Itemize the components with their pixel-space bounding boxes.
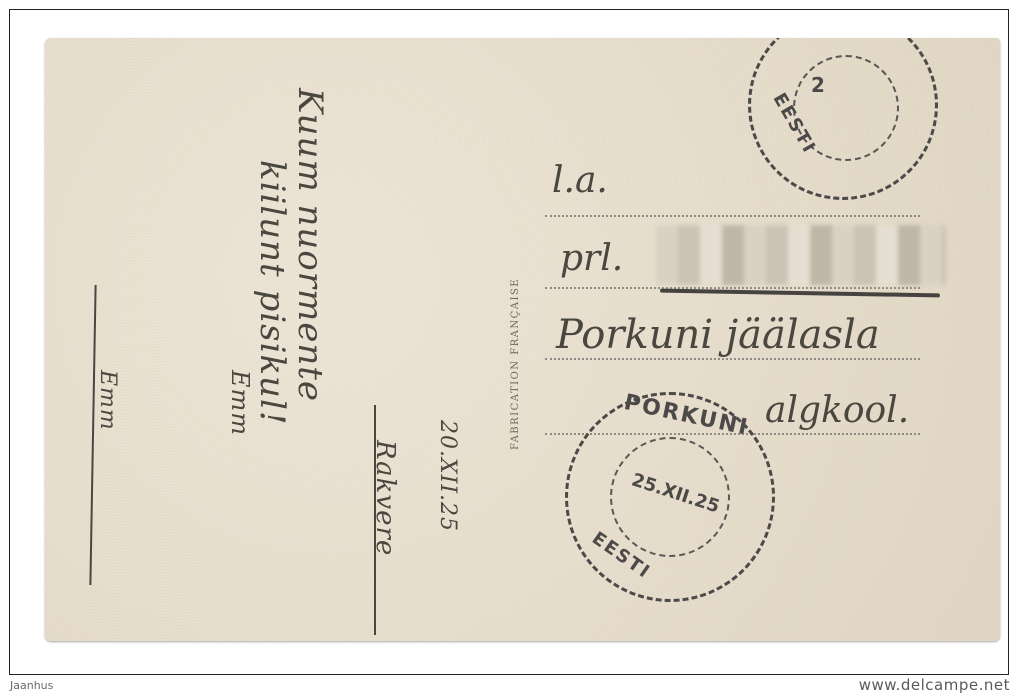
address-line-1: [545, 215, 920, 217]
message-line-3: Emm: [226, 370, 254, 436]
message-line-2: kiilunt pisikul!: [252, 160, 292, 426]
message-signature-name: Emm: [95, 370, 120, 431]
message-date: 20.XII.25: [435, 420, 460, 532]
redacted-name: [656, 225, 946, 285]
address-line-4-text: algkool.: [765, 390, 909, 431]
postmark-rakvere: 2 RAKVERE EESTI: [748, 10, 938, 200]
watermark-site: www.delcampe.net: [859, 676, 1010, 694]
message-place: Rakvere: [370, 440, 400, 556]
address-line-3-text: Porkuni jäälasla: [556, 312, 880, 358]
address-line-2: [545, 287, 920, 289]
address-line-2-prefix: prl.: [560, 238, 623, 279]
address-line-3: [545, 358, 920, 360]
watermark-seller: Jaanhus: [10, 679, 53, 692]
address-line-1-text: l.a.: [552, 160, 608, 201]
manufacturer-text: FABRICATION FRANÇAISE: [510, 278, 521, 450]
postmark-porkuni: PORKUNI 25.XII.25 EESTI: [565, 392, 775, 602]
